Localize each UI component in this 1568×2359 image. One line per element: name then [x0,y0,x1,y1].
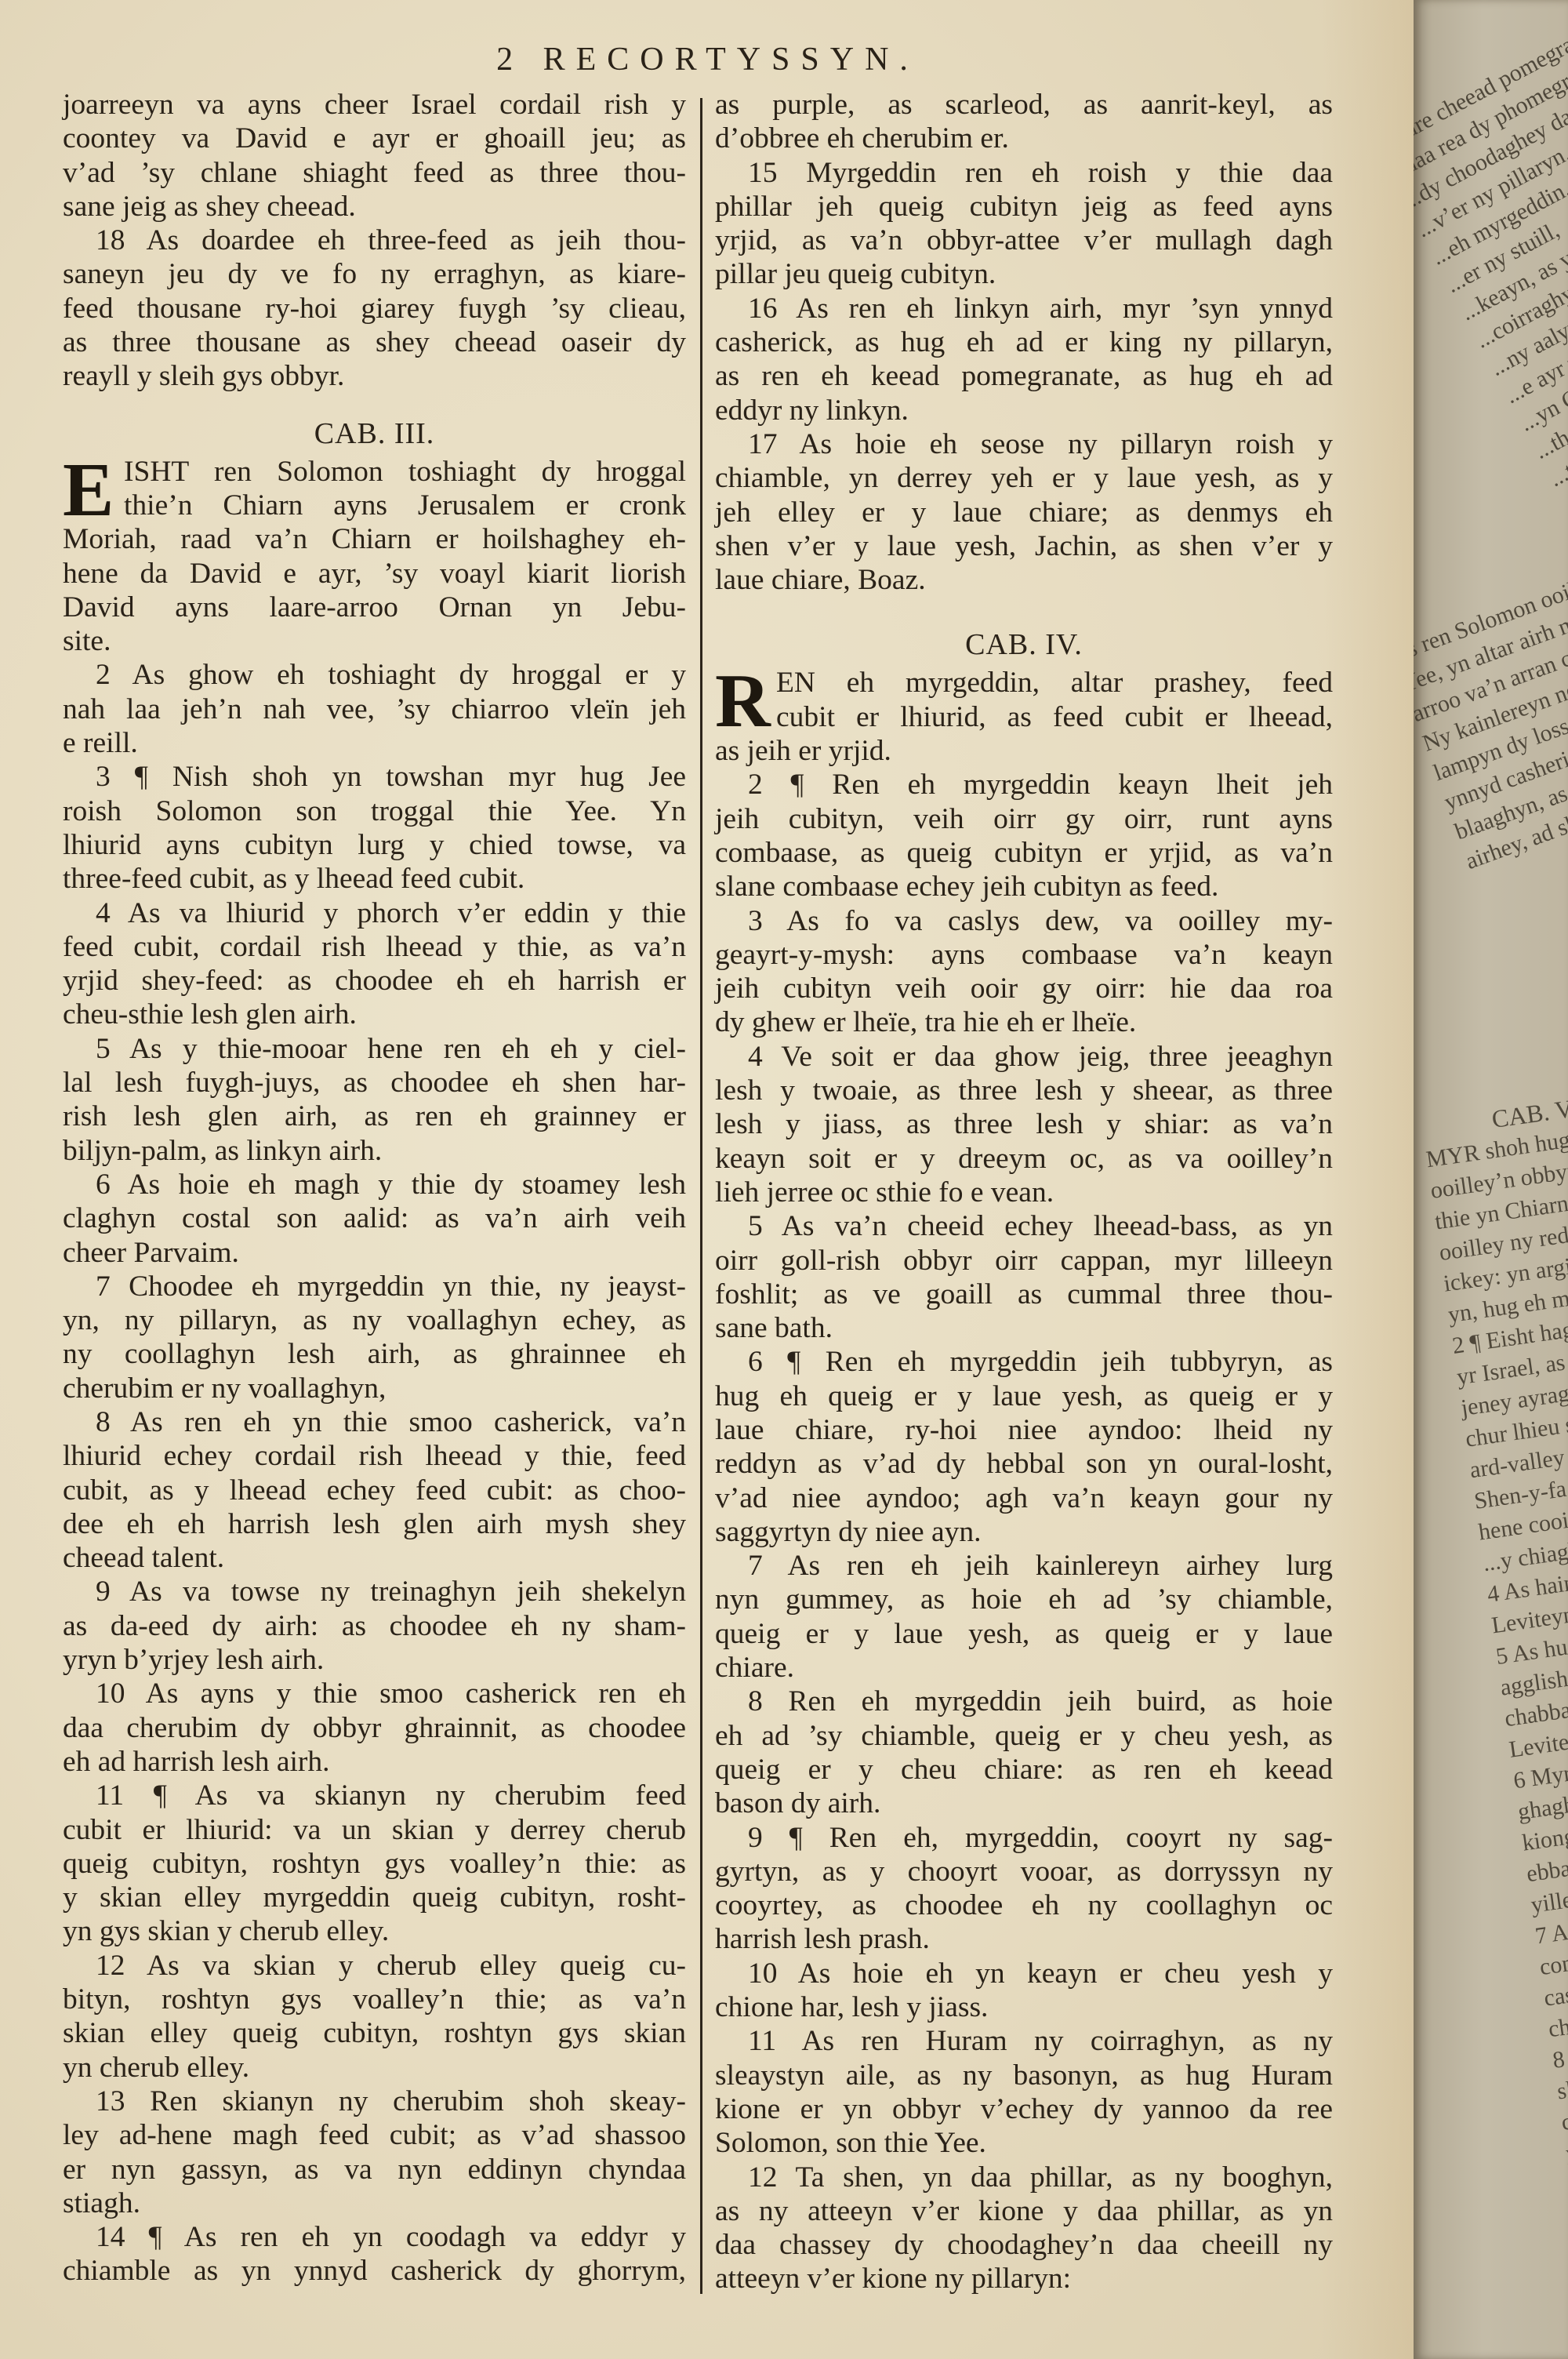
left-column-chapter-text: ISHT ren Solomon toshiaght dy hroggalthi… [63,455,686,2288]
next-page-top-text: ...kiare cheead pomegranate...daa rea dy… [1414,0,1568,578]
text-line: stiagh. [63,2186,686,2220]
text-line: harrish lesh prash. [715,1922,1333,1956]
text-line: lal lesh fuygh-juys, as choodee eh shen … [63,1066,686,1100]
text-line: Solomon, son thie Yee. [715,2126,1333,2160]
text-line: nah laa jeh’n nah vee, ’sy chiarroo vleï… [63,692,686,726]
text-line: cooyrtey, as choodee eh ny coollaghyn oc [715,1888,1333,1922]
text-line: 5 As y thie-mooar hene ren eh eh y ciel- [63,1032,686,1066]
text-line: reayll y sleih gys obbyr. [63,359,686,393]
text-line: 13 Ren skianyn ny cherubim shoh skeay- [63,2085,686,2118]
text-line: claghyn costal son aalid: as va’n airh v… [63,1201,686,1235]
text-line: 2 As ghow eh toshiaght dy hroggal er y [63,658,686,692]
text-line: as da-eed dy airh: as choodee eh ny sham… [63,1609,686,1643]
text-line: 9 ¶ Ren eh, myrgeddin, cooyrt ny sag- [715,1821,1333,1855]
text-line: yn cherub elley. [63,2051,686,2085]
text-line: 12 Ta shen, yn daa phillar, as ny booghy… [715,2161,1333,2194]
left-column: joarreeyn va ayns cheer Israel cordail r… [63,88,686,2288]
text-line: 3 ¶ Nish shoh yn towshan myr hug Jee [63,760,686,794]
text-line: cubit er lhiurid: va un skian y derrey c… [63,1813,686,1847]
text-line: jeih cubityn veih ooir gy oirr: hie daa … [715,972,1333,1005]
text-line: 5 As va’n cheeid echey lheead-bass, as y… [715,1209,1333,1243]
chapter-body: R EN eh myrgeddin, altar prashey, feedcu… [715,666,1333,2295]
text-line: 10 As hoie eh yn keayn er cheu yesh y [715,1957,1333,1990]
text-line: lhiurid echey cordail rish lheead y thie… [63,1439,686,1473]
drop-cap: E [63,456,114,524]
chapter-heading: CAB. IV. [715,623,1333,666]
spacer [715,597,1333,623]
text-line: eh ad ’sy chiamble, queig er y cheu yesh… [715,1719,1333,1753]
text-line: yryn b’yrjey lesh airh. [63,1643,686,1677]
text-line: 4 Ve soit er daa ghow jeig, three jeeagh… [715,1040,1333,1074]
text-line: 3 As fo va caslys dew, va ooilley my- [715,904,1333,938]
text-line: as purple, as scarleod, as aanrit-keyl, … [715,88,1333,122]
text-line: sane jeig as shey cheead. [63,190,686,224]
text-line: ISHT ren Solomon toshiaght dy hroggal [63,455,686,489]
text-line: kione er yn obbyr v’echey dy yannoo da r… [715,2092,1333,2126]
text-line: er nyn gassyn, as va nyn eddinyn chyndaa [63,2153,686,2186]
text-line: v’ad niee ayndoo; agh va’n keayn gour ny [715,1481,1333,1515]
text-line: v’ad ’sy chlane shiaght feed as three th… [63,156,686,190]
text-line: 7 As ren eh jeih kainlereyn airhey lurg [715,1549,1333,1583]
drop-cap: R [715,667,771,735]
text-line: cheu-sthie lesh glen airh. [63,998,686,1031]
text-line: gyrtyn, as y chooyrt vooar, as dorryssyn… [715,1855,1333,1888]
text-line: as three thousane as shey cheead oaseir … [63,325,686,359]
right-column-chapter-text: EN eh myrgeddin, altar prashey, feedcubi… [715,666,1333,2295]
book-page: 2 RECORTYSSYN. joarreeyn va ayns cheer I… [0,0,1415,2359]
text-line: chiare. [715,1651,1333,1685]
text-line: eh ad harrish lesh airh. [63,1745,686,1779]
text-line: 11 As ren Huram ny coirraghyn, as ny [715,2024,1333,2058]
text-line: bityn, roshtyn gys voalley’n thie; as va… [63,1983,686,2016]
text-line: yrjid shey-feed: as choodee eh eh harris… [63,964,686,998]
text-line: chione har, lesh y jiass. [715,1990,1333,2024]
text-line: nyn gummey, as hoie eh ad ’sy chiamble, [715,1583,1333,1616]
text-line: joarreeyn va ayns cheer Israel cordail r… [63,88,686,122]
text-line: laue chiare, Boaz. [715,563,1333,597]
text-line: hug eh queig er y laue yesh, as queig er… [715,1379,1333,1413]
text-line: daa cherubim dy obbyr ghrainnit, as choo… [63,1711,686,1745]
text-line: 8 As ren eh yn thie smoo casherick, va’n [63,1405,686,1439]
text-line: pillar jeu queig cubityn. [715,257,1333,291]
text-line: chiamble as yn ynnyd casherick dy ghorry… [63,2254,686,2288]
text-line: 11 ¶ As va skianyn ny cherubim feed [63,1779,686,1812]
text-line: foshlit; as ve goaill as cummal three th… [715,1278,1333,1311]
text-line: feed thousane ry-hoi giarey fuygh ’sy cl… [63,292,686,325]
spacer [63,394,686,413]
text-line: ny coollaghyn lesh airh, as ghrainnee eh [63,1337,686,1371]
text-line: 10 As ayns y thie smoo casherick ren eh [63,1677,686,1710]
text-line: jeih cubityn, veih oirr gy oirr, runt ay… [715,802,1333,836]
text-line: eddyr ny linkyn. [715,394,1333,427]
text-line: site. [63,624,686,658]
text-line: e reill. [63,726,686,760]
text-line: geayrt-y-mysh: ayns combaase va’n keayn [715,938,1333,972]
text-line: 7 Choodee eh myrgeddin yn thie, ny jeays… [63,1270,686,1303]
left-column-pre-chapter-text: joarreeyn va ayns cheer Israel cordail r… [63,88,686,394]
text-line: lesh y twoaie, as three lesh y sheear, a… [715,1074,1333,1107]
text-line: cubit er lhiurid, as feed cubit er lheea… [715,700,1333,734]
text-line: 4 As va lhiurid y phorch v’er eddin y th… [63,896,686,930]
text-line: queig er y laue yesh, as queig er y laue [715,1617,1333,1651]
text-line: as ny atteeyn v’er kione y daa phillar, … [715,2194,1333,2228]
text-line: cherubim er ny voallaghyn, [63,1372,686,1405]
text-line: lhiurid ayns cubityn lurg y chied towse,… [63,828,686,862]
running-head: 2 RECORTYSSYN. [0,41,1415,78]
text-line: cheer Parvaim. [63,1236,686,1270]
text-line: keayn soit er y dreeym oc, as va ooilley… [715,1142,1333,1176]
text-line: cubit, as y lheead echey feed cubit: as … [63,1474,686,1507]
text-line: hene da David e ayr, ’sy voayl kiarit li… [63,557,686,591]
text-line: dee eh eh harrish lesh glen airh mysh sh… [63,1507,686,1541]
next-page-curl: ...kiare cheead pomegranate...daa rea dy… [1414,0,1568,2359]
text-line: cheead talent. [63,1541,686,1575]
text-line: 8 Ren eh myrgeddin jeih buird, as hoie [715,1685,1333,1718]
text-line: combaase, as queig cubityn er yrjid, as … [715,836,1333,870]
text-line: laue chiare, ry-hoi niee ayndoo: lheid n… [715,1413,1333,1447]
text-line: 15 Myrgeddin ren eh roish y thie daa [715,156,1333,190]
text-line: 6 ¶ Ren eh myrgeddin jeih tubbyryn, as [715,1345,1333,1379]
text-line: phillar jeh queig cubityn jeig as feed a… [715,190,1333,224]
text-line: lesh y jiass, as three lesh y shiar: as … [715,1107,1333,1141]
text-line: EN eh myrgeddin, altar prashey, feed [715,666,1333,700]
text-line: atteeyn v’er kione ny pillaryn: [715,2262,1333,2295]
text-line: shen v’er y laue yesh, Jachin, as shen v… [715,529,1333,563]
text-line: chiamble, yn derrey yeh er y laue yesh, … [715,461,1333,495]
text-line: d’obbree eh cherubim er. [715,122,1333,155]
text-line: skian elley queig cubityn, roshtyn gys s… [63,2016,686,2050]
next-page-middle-text: As ren Solomon ooilley nyYee, yn altar a… [1414,529,1568,877]
next-page-chapter-text: MYR shoh hug Solomonooilley’n obbyr v’eh… [1425,1099,1568,2170]
text-line: 17 As hoie eh seose ny pillaryn roish y [715,427,1333,461]
text-line: sleaystyn aile, as ny basonyn, as hug Hu… [715,2059,1333,2092]
text-line: 14 ¶ As ren eh yn coodagh va eddyr y [63,2220,686,2254]
chapter-heading: CAB. III. [63,413,686,455]
text-line: as ren eh keead pomegranate, as hug eh a… [715,359,1333,393]
right-column-pre-chapter-text: as purple, as scarleod, as aanrit-keyl, … [715,88,1333,597]
text-line: as jeih er yrjid. [715,734,1333,768]
text-line: dy ghew er lheïe, tra hie eh er lheïe. [715,1005,1333,1039]
text-line: queig cubityn, roshtyn gys voalley’n thi… [63,1847,686,1881]
text-line: saggyrtyn dy niee ayn. [715,1515,1333,1549]
text-line: yn gys skian y cherub elley. [63,1914,686,1948]
text-line: y skian elley myrgeddin queig cubityn, r… [63,1881,686,1914]
text-line: ley ad-hene magh feed cubit; as v’ad sha… [63,2118,686,2152]
text-line: sane bath. [715,1311,1333,1345]
text-line: casherick, as hug eh ad er king ny pilla… [715,325,1333,359]
text-line: biljyn-palm, as linkyn airh. [63,1134,686,1168]
text-line: feed cubit, cordail rish lheead y thie, … [63,930,686,964]
text-line: yrjid, as va’n obbyr-attee v’er mullagh … [715,224,1333,257]
next-page-chapter-block: CAB. V. MYR shoh hug Solomonooilley’n ob… [1420,1068,1568,2170]
text-line: 2 ¶ Ren eh myrgeddin keayn lheit jeh [715,768,1333,801]
text-line: lieh jerree oc sthie fo e vean. [715,1176,1333,1209]
text-line: 6 As hoie eh magh y thie dy stoamey lesh [63,1168,686,1201]
text-line: reddyn as v’ad dy hebbal son yn oural-lo… [715,1447,1333,1481]
text-line: 18 As doardee eh three-feed as jeih thou… [63,224,686,257]
text-line: slane combaase echey jeih cubityn as fee… [715,870,1333,903]
text-line: bason dy airh. [715,1787,1333,1820]
text-line: oirr goll-rish obbyr oirr cappan, myr li… [715,1244,1333,1278]
text-line: thie’n Chiarn ayns Jerusalem er cronk [63,489,686,522]
text-line: roish Solomon son troggal thie Yee. Yn [63,794,686,828]
text-line: three-feed cubit, as y lheead feed cubit… [63,862,686,896]
text-line: yn, ny pillaryn, as ny voallaghyn echey,… [63,1303,686,1337]
column-divider [700,98,702,2294]
text-line: jeh elley er y laue chiare; as denmys eh [715,496,1333,529]
text-line: 16 As ren eh linkyn airh, myr ’syn ynnyd [715,292,1333,325]
chapter-body: E ISHT ren Solomon toshiaght dy hroggalt… [63,455,686,2288]
right-column: as purple, as scarleod, as aanrit-keyl, … [715,88,1333,2296]
text-line: rish lesh glen airh, as ren eh grainney … [63,1100,686,1133]
text-line: coontey va David e ayr er ghoaill jeu; a… [63,122,686,155]
text-line: daa chassey dy choodaghey’n daa cheeill … [715,2228,1333,2262]
text-line: queig er y cheu chiare: as ren eh keead [715,1753,1333,1787]
text-line: 9 As va towse ny treinaghyn jeih shekely… [63,1575,686,1608]
text-line: saneyn jeu dy ve fo ny erraghyn, as kiar… [63,257,686,291]
text-line: 12 As va skian y cherub elley queig cu- [63,1949,686,1983]
text-line: David ayns laare-arroo Ornan yn Jebu- [63,591,686,624]
text-line: Moriah, raad va’n Chiarn er hoilshaghey … [63,522,686,556]
